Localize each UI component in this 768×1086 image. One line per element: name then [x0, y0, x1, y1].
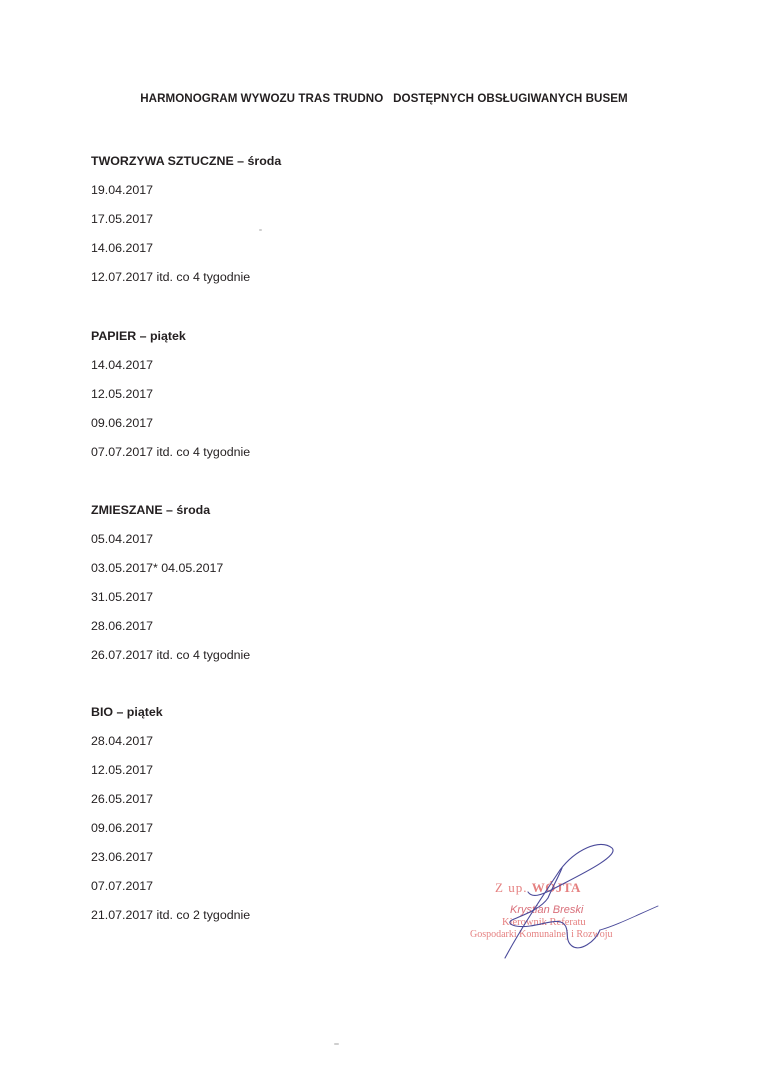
scan-speck: [334, 1043, 339, 1045]
date-item: 12.05.2017: [91, 762, 250, 791]
date-item: 07.07.2017 itd. co 4 tygodnie: [91, 444, 250, 473]
date-item: 12.07.2017 itd. co 4 tygodnie: [91, 269, 281, 298]
stamp-upon-prefix: Z up.: [495, 880, 527, 895]
scan-speck: [259, 229, 262, 231]
date-item: 17.05.2017: [91, 211, 281, 240]
date-item: 26.07.2017 itd. co 4 tygodnie: [91, 647, 250, 676]
date-item: 14.04.2017: [91, 357, 250, 386]
section-bio: BIO – piątek 28.04.2017 12.05.2017 26.05…: [91, 704, 250, 936]
stamp-department: Gospodarki Komunalnej i Rozwoju: [470, 929, 612, 940]
date-item: 28.04.2017: [91, 733, 250, 762]
date-item: 09.06.2017: [91, 415, 250, 444]
section-paper: PAPIER – piątek 14.04.2017 12.05.2017 09…: [91, 328, 250, 473]
date-item: 05.04.2017: [91, 531, 250, 560]
document-title: HARMONOGRAM WYWOZU TRAS TRUDNO DOSTĘPNYC…: [0, 92, 768, 105]
date-item: 12.05.2017: [91, 386, 250, 415]
official-stamp: Z up. WÓJTA Krystian Breski Kierownik Re…: [460, 830, 670, 960]
stamp-on-behalf: Z up. WÓJTA: [495, 880, 581, 896]
section-heading: BIO – piątek: [91, 704, 250, 733]
stamp-upon-title: WÓJTA: [532, 880, 581, 895]
date-item: 28.06.2017: [91, 618, 250, 647]
date-item: 19.04.2017: [91, 182, 281, 211]
stamp-name: Krystian Breski: [510, 904, 583, 916]
date-item: 14.06.2017: [91, 240, 281, 269]
date-item: 09.06.2017: [91, 820, 250, 849]
stamp-role: Kierownik Referatu: [502, 917, 586, 928]
section-heading: TWORZYWA SZTUCZNE – środa: [91, 153, 281, 182]
section-mixed: ZMIESZANE – środa 05.04.2017 03.05.2017*…: [91, 502, 250, 676]
section-plastics: TWORZYWA SZTUCZNE – środa 19.04.2017 17.…: [91, 153, 281, 298]
section-heading: PAPIER – piątek: [91, 328, 250, 357]
date-item: 07.07.2017: [91, 878, 250, 907]
section-heading: ZMIESZANE – środa: [91, 502, 250, 531]
date-item: 21.07.2017 itd. co 2 tygodnie: [91, 907, 250, 936]
document-page: HARMONOGRAM WYWOZU TRAS TRUDNO DOSTĘPNYC…: [0, 0, 768, 1086]
date-item: 26.05.2017: [91, 791, 250, 820]
date-item: 03.05.2017* 04.05.2017: [91, 560, 250, 589]
date-item: 23.06.2017: [91, 849, 250, 878]
date-item: 31.05.2017: [91, 589, 250, 618]
